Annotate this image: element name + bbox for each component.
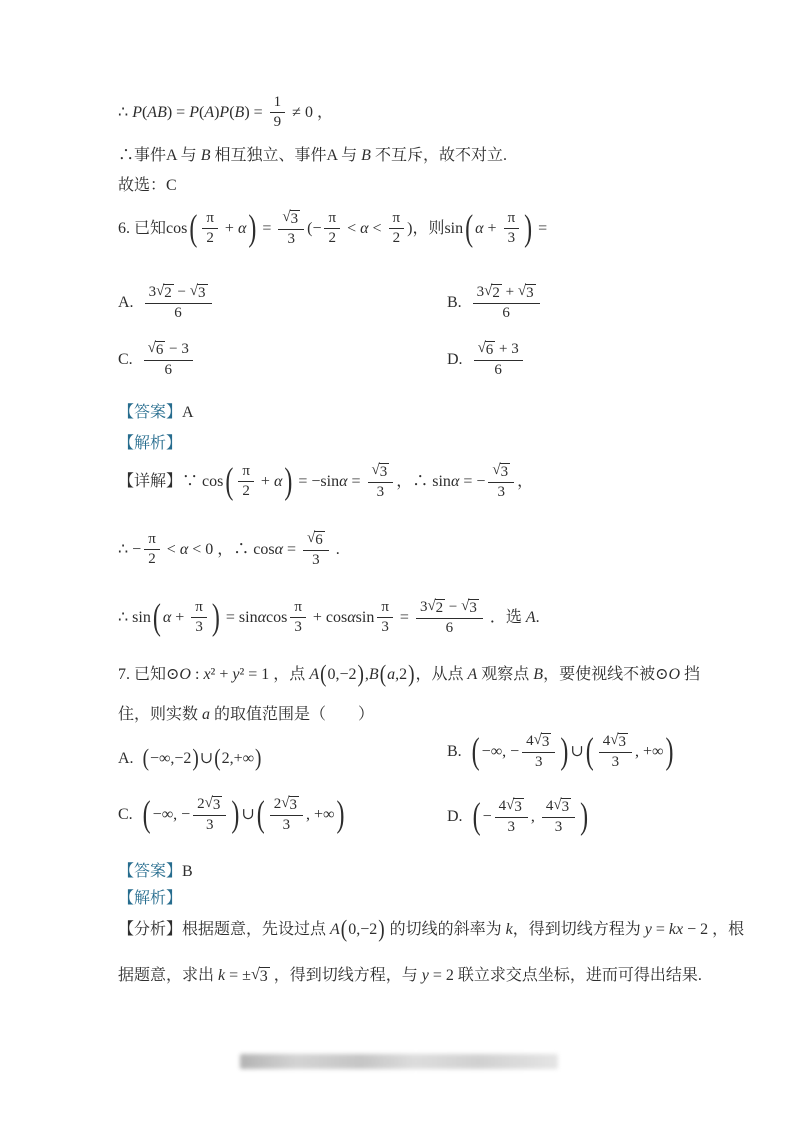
text: O	[668, 665, 680, 685]
fraction: 4√33	[542, 798, 575, 836]
q7-analysis-line-1: 【分析】根据题意，先设过点 A(0,−2) 的切线的斜率为 k，得到切线方程为 …	[118, 920, 744, 940]
fraction: √33	[368, 463, 394, 501]
text: ∴ sin	[118, 608, 151, 628]
text: ，从点	[415, 665, 467, 685]
paren: )	[560, 733, 568, 770]
text: π	[508, 210, 516, 227]
text: α	[274, 472, 282, 492]
text: 4	[603, 733, 611, 750]
text: O	[179, 665, 191, 685]
text: = 2 联立求交点坐标，进而可得出结果.	[429, 966, 702, 986]
text: 6	[165, 362, 173, 379]
text: 2	[393, 230, 401, 247]
text: A	[330, 920, 340, 940]
text: 3	[381, 619, 389, 636]
text: =	[396, 608, 413, 628]
text: π	[393, 210, 401, 227]
text: A	[309, 665, 319, 685]
text: ．选	[486, 608, 526, 628]
text: + cos	[309, 608, 347, 628]
text: = −sin	[294, 472, 339, 492]
text: 2	[197, 796, 205, 813]
text: A	[204, 103, 214, 123]
text: 【详解】∵ cos	[118, 472, 223, 492]
text: 0,−2	[348, 920, 377, 940]
text: 故选：C	[118, 176, 177, 196]
text: k	[218, 966, 225, 986]
text: ，得到切线方程，与	[270, 966, 422, 986]
fraction: π3	[290, 599, 306, 637]
text: ∴ −	[118, 540, 141, 560]
q7-option-c: C. (−∞, −2√33)∪(2√33, +∞)	[118, 796, 346, 834]
text: 4	[546, 798, 554, 815]
text: 3	[508, 230, 516, 247]
text: B	[369, 665, 379, 685]
text: =	[652, 920, 669, 940]
paren: )	[284, 463, 292, 500]
text: ∪	[241, 805, 254, 825]
fraction: 2√33	[193, 796, 226, 834]
paren: (	[341, 918, 347, 942]
text: k	[506, 920, 513, 940]
text: y	[232, 665, 239, 685]
fraction: √63	[303, 531, 329, 569]
sqrt: √2	[156, 284, 174, 302]
section-label: 【解析】	[118, 434, 182, 454]
fraction: π2	[144, 531, 160, 569]
text: 的取值范围是（ ）	[210, 705, 374, 725]
text: π	[328, 210, 336, 227]
text: +	[484, 219, 501, 239]
text: y	[422, 966, 429, 986]
q6-answer-label: 【答案】A	[118, 403, 194, 423]
text: α	[339, 472, 347, 492]
sqrt: √6	[148, 341, 166, 359]
sqrt: √3	[461, 599, 479, 617]
text: B.	[447, 293, 470, 313]
text: A.	[118, 293, 142, 313]
text: ,2	[395, 665, 407, 685]
text: 2,+∞	[222, 749, 254, 769]
text: 6	[494, 362, 502, 379]
text: +	[502, 284, 518, 301]
text: 3	[283, 817, 291, 834]
fraction: π2	[202, 210, 218, 248]
text: ) =	[244, 103, 266, 123]
text: (−	[307, 219, 321, 239]
paren: (	[257, 796, 265, 833]
text: <	[343, 219, 360, 239]
text: 【分析】根据题意，先设过点	[118, 920, 330, 940]
text: α	[360, 219, 368, 239]
text: 4	[499, 798, 507, 815]
paren: )	[358, 663, 364, 687]
text: ,	[531, 807, 539, 827]
text: π	[294, 599, 302, 616]
text: 6	[446, 620, 454, 637]
text: 3	[288, 231, 296, 248]
question-7-stem-line-2: 住，则实数 a 的取值范围是（ ）	[118, 705, 374, 725]
text: ² +	[211, 665, 233, 685]
text: 6. 已知cos	[118, 219, 187, 239]
question-7-stem-line-1: 7. 已知⊙O : x² + y² = 1 ，点 A(0,−2),B(a,2)，…	[118, 665, 700, 685]
sqrt: √3	[372, 463, 390, 481]
paren: )	[255, 747, 261, 771]
text: 住，则实数	[118, 705, 202, 725]
text: α	[180, 540, 188, 560]
fraction: 4√33	[599, 733, 632, 771]
sqrt: √3	[281, 796, 299, 814]
fraction: π2	[389, 210, 405, 248]
text: α	[275, 540, 283, 560]
text: <	[163, 540, 180, 560]
paren: (	[465, 210, 473, 247]
text: 相互独立、事件A 与	[210, 146, 361, 166]
text: ∴事件A 与	[118, 146, 201, 166]
text: −	[445, 599, 461, 616]
text: 1	[274, 94, 282, 111]
paren: )	[524, 210, 532, 247]
text: 9	[274, 114, 282, 131]
text: − 2 ，根	[683, 920, 744, 940]
text: 3	[555, 819, 563, 836]
sqrt: √2	[427, 599, 445, 617]
text: =	[347, 472, 364, 492]
text: 2	[329, 230, 337, 247]
text: 不互斥，故不对立.	[371, 146, 507, 166]
text: 3	[477, 284, 485, 301]
text: π	[195, 599, 203, 616]
paren: )	[580, 798, 588, 835]
text: ，要使视线不被⊙	[543, 665, 668, 685]
text: −∞,−2	[150, 749, 191, 769]
text: 2	[206, 230, 214, 247]
text: 4	[526, 733, 534, 750]
paren: )	[336, 796, 344, 833]
q6-detail-line-1: 【详解】∵ cos(π2 + α) = −sinα = √33，∴ sinα =…	[118, 463, 533, 501]
paren: )	[248, 210, 256, 247]
text: B	[182, 862, 193, 882]
text: B	[201, 146, 211, 166]
text: y	[645, 920, 652, 940]
q7-jiexi-label: 【解析】	[118, 889, 182, 909]
fraction: 4√33	[522, 733, 555, 771]
text: sin	[356, 608, 375, 628]
paren: (	[189, 210, 197, 247]
text: B	[533, 665, 543, 685]
fraction: √6 − 36	[144, 341, 193, 379]
text: =	[258, 219, 275, 239]
sqrt: √3	[492, 463, 510, 481]
text: x	[203, 665, 210, 685]
fraction: π3	[191, 599, 207, 637]
text: 3	[149, 284, 157, 301]
text: D.	[447, 807, 471, 827]
text: +	[257, 472, 274, 492]
q6-option-b: B. 3√2 + √36	[447, 284, 543, 322]
sqrt: √3	[518, 284, 536, 302]
text: ∪	[570, 742, 583, 762]
paren: )	[231, 796, 239, 833]
q7-option-d: D. (−4√33, 4√33)	[447, 798, 590, 836]
text: 2	[148, 551, 156, 568]
fraction: π3	[377, 599, 393, 637]
text: 3	[535, 754, 543, 771]
q6-option-c: C. √6 − 36	[118, 341, 196, 379]
text: A	[467, 665, 477, 685]
text: A	[526, 608, 536, 628]
sqrt: √3	[190, 284, 208, 302]
q5-solution-line-2: ∴事件A 与 B 相互独立、事件A 与 B 不互斥，故不对立.	[118, 146, 507, 166]
paren: )	[408, 663, 414, 687]
paren: (	[143, 796, 151, 833]
text: ，∴ sin	[396, 472, 451, 492]
sqrt: √6	[307, 531, 325, 549]
fraction: 3√2 − √36	[145, 284, 212, 322]
text: , +∞	[635, 742, 663, 762]
text: 的切线的斜率为	[386, 920, 506, 940]
text: =	[534, 219, 547, 239]
text: −∞, −	[153, 805, 190, 825]
q7-option-b: B. (−∞, −4√33)∪(4√33, +∞)	[447, 733, 675, 771]
paren: (	[143, 747, 149, 771]
text: ，	[517, 472, 533, 492]
text: 据题意，求出	[118, 966, 218, 986]
fraction: 19	[270, 94, 286, 132]
fraction: 2√33	[270, 796, 303, 834]
fraction: √33	[278, 210, 304, 248]
text: = −	[459, 472, 485, 492]
q7-option-a: A. (−∞,−2)∪(2,+∞)	[118, 749, 262, 769]
sqrt: √3	[205, 796, 223, 814]
paren: (	[214, 747, 220, 771]
text: P	[219, 103, 229, 123]
text: .	[332, 540, 340, 560]
text: 3	[206, 817, 214, 834]
text: D.	[447, 350, 471, 370]
text: 7. 已知⊙	[118, 665, 179, 685]
text: :	[191, 665, 203, 685]
paren: (	[586, 733, 594, 770]
text: 3	[195, 619, 203, 636]
text: −	[174, 284, 190, 301]
text: ，得到切线方程为	[513, 920, 645, 940]
text: P	[132, 103, 142, 123]
text: 2	[242, 483, 250, 500]
text: < 0 ，∴ cos	[188, 540, 274, 560]
text: .	[536, 608, 540, 628]
text: C.	[118, 805, 141, 825]
text: a	[202, 705, 210, 725]
text: <	[369, 219, 386, 239]
q6-option-a: A. 3√2 − √36	[118, 284, 215, 322]
text: − 3	[165, 341, 188, 358]
text: 3	[498, 484, 506, 501]
text: 6	[174, 305, 182, 322]
sqrt: √3	[553, 798, 571, 816]
text: B.	[447, 742, 470, 762]
paren: )	[378, 918, 384, 942]
fraction: 3√2 − √36	[416, 599, 483, 637]
text: , +∞	[306, 805, 334, 825]
paren: )	[192, 747, 198, 771]
text: α	[258, 608, 266, 628]
text: +	[221, 219, 238, 239]
text: −	[483, 807, 492, 827]
blurred-watermark	[240, 1054, 558, 1069]
text: π	[242, 463, 250, 480]
fraction: 4√33	[495, 798, 528, 836]
text: ∪	[200, 749, 213, 769]
text: kx	[669, 920, 683, 940]
paren: (	[320, 663, 326, 687]
sqrt: √3	[251, 967, 270, 986]
fraction: √33	[488, 463, 514, 501]
q5-answer-choice: 故选：C	[118, 176, 177, 196]
text: α	[238, 219, 246, 239]
sqrt: √2	[484, 284, 502, 302]
section-label: 【答案】	[118, 862, 182, 882]
text: π	[148, 531, 156, 548]
q6-detail-line-2: ∴ −π2 < α < 0 ，∴ cosα = √63 .	[118, 531, 340, 569]
text: B	[235, 103, 245, 123]
text: 6	[502, 305, 510, 322]
text: a	[387, 665, 395, 685]
text: = sin	[222, 608, 258, 628]
text: 3	[612, 754, 620, 771]
document-page: ∴ P(AB) = P(A)P(B) = 19 ≠ 0 ， ∴事件A 与 B 相…	[0, 0, 793, 1122]
sqrt: √6	[478, 341, 496, 359]
sqrt: √3	[610, 733, 628, 751]
text: 0,−2	[327, 665, 356, 685]
text: 3	[420, 599, 428, 616]
text: 3	[507, 819, 515, 836]
text: 观察点	[477, 665, 533, 685]
paren: (	[153, 599, 161, 636]
fraction: √6 + 36	[474, 341, 523, 379]
q7-analysis-line-2: 据题意，求出 k = ±√3 ，得到切线方程，与 y = 2 联立求交点坐标，进…	[118, 966, 702, 986]
text: 挡	[680, 665, 700, 685]
text: ∴	[118, 103, 132, 123]
paren: )	[212, 599, 220, 636]
q5-solution-line-1: ∴ P(AB) = P(A)P(B) = 19 ≠ 0 ，	[118, 94, 333, 132]
text: ² = 1 ，点	[239, 665, 309, 685]
text: α	[475, 219, 483, 239]
q6-option-d: D. √6 + 36	[447, 341, 526, 379]
section-label: 【答案】	[118, 403, 182, 423]
paren: (	[472, 733, 480, 770]
section-label: 【解析】	[118, 889, 182, 909]
text: cos	[266, 608, 287, 628]
sqrt: √3	[534, 733, 552, 751]
text: ≠ 0 ，	[288, 103, 333, 123]
q7-answer-label: 【答案】B	[118, 862, 193, 882]
text: = ±	[225, 966, 251, 986]
paren: )	[665, 733, 673, 770]
paren: (	[473, 798, 481, 835]
fraction: π3	[504, 210, 520, 248]
text: π	[381, 599, 389, 616]
q6-jiexi-label: 【解析】	[118, 434, 182, 454]
text: A	[182, 403, 194, 423]
text: )，则sin	[407, 219, 463, 239]
paren: (	[380, 663, 386, 687]
text: α	[451, 472, 459, 492]
text: P	[189, 103, 199, 123]
text: + 3	[495, 341, 518, 358]
text: α	[163, 608, 171, 628]
text: 3	[294, 619, 302, 636]
question-6-stem: 6. 已知cos(π2 + α) = √33(−π2 < α < π2)，则si…	[118, 210, 547, 248]
text: α	[347, 608, 355, 628]
sqrt: √3	[282, 210, 300, 228]
text: 3	[312, 552, 320, 569]
text: 3	[377, 484, 385, 501]
q6-detail-line-3: ∴ sin(α + π3) = sinαcosπ3 + cosαsinπ3 = …	[118, 599, 540, 637]
fraction: π2	[324, 210, 340, 248]
paren: (	[225, 463, 233, 500]
text: −∞, −	[482, 742, 519, 762]
text: π	[206, 210, 214, 227]
text: AB	[147, 103, 167, 123]
text: B	[361, 146, 371, 166]
fraction: 3√2 + √36	[473, 284, 540, 322]
text: +	[171, 608, 188, 628]
sqrt: √3	[506, 798, 524, 816]
text: C.	[118, 350, 141, 370]
fraction: π2	[238, 463, 254, 501]
text: 2	[274, 796, 282, 813]
text: ) =	[167, 103, 189, 123]
text: A.	[118, 749, 142, 769]
text: =	[283, 540, 300, 560]
